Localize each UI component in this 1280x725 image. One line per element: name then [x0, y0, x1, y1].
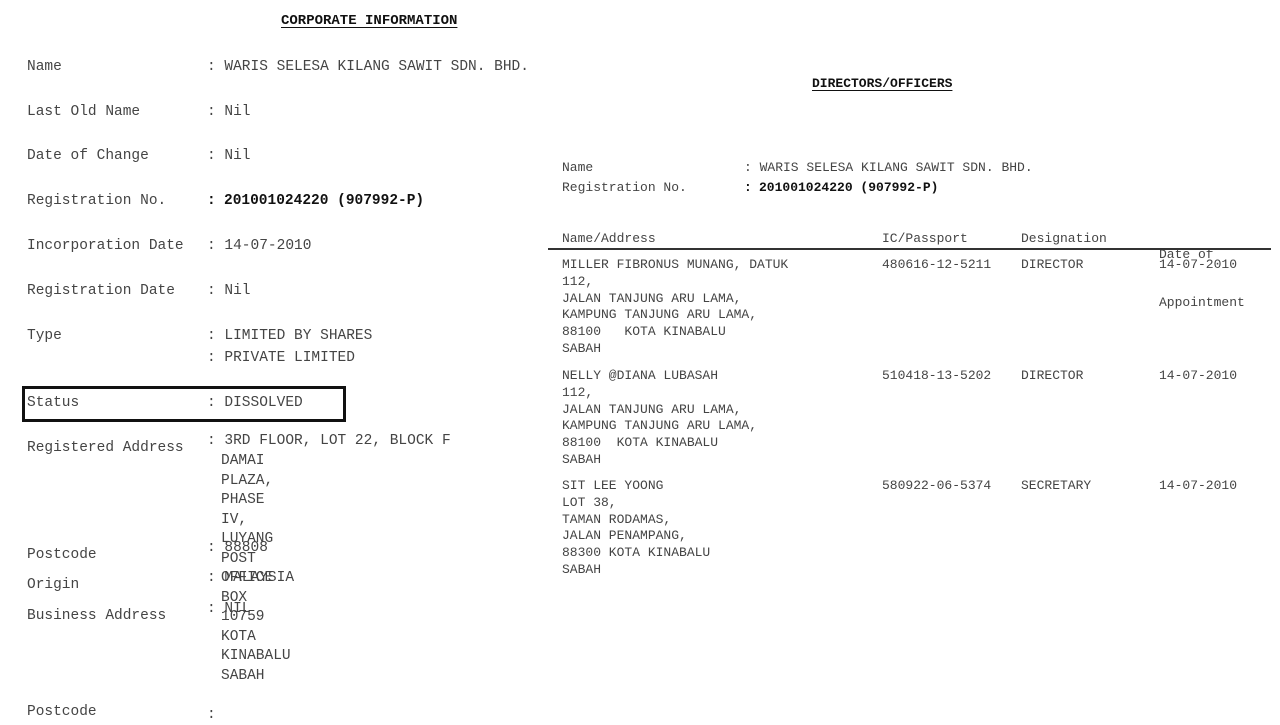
field-label: Name [562, 160, 593, 175]
field-value: : WARIS SELESA KILANG SAWIT SDN. BHD. [744, 160, 1033, 175]
field-label: Registration No. [27, 193, 166, 209]
cell-name-address: MILLER FIBRONUS MUNANG, DATUK 112, JALAN… [562, 257, 788, 358]
field-value: : WARIS SELESA KILANG SAWIT SDN. BHD. [207, 59, 529, 75]
field-label: Incorporation Date [27, 238, 184, 254]
column-header-ic-passport: IC/Passport [882, 231, 968, 247]
field-label: Date of Change [27, 148, 149, 164]
field-value: : PRIVATE LIMITED [207, 350, 355, 366]
field-label: Registration Date [27, 283, 175, 299]
cell-name-address: SIT LEE YOONG LOT 38, TAMAN RODAMAS, JAL… [562, 478, 710, 579]
cell-ic-passport: 510418-13-5202 [882, 368, 991, 385]
registration-number: 201001024220 (907992-P) [224, 193, 424, 209]
column-header-name-address: Name/Address [562, 231, 656, 247]
directors-officers-title: DIRECTORS/OFFICERS [812, 76, 952, 91]
status-value: : DISSOLVED [207, 395, 303, 411]
column-header-designation: Designation [1021, 231, 1107, 247]
field-value: : LIMITED BY SHARES [207, 328, 372, 344]
cell-designation: DIRECTOR [1021, 257, 1083, 274]
field-value: : MALAYSIA [207, 570, 294, 586]
address-line: SABAH [221, 667, 291, 687]
cell-designation: SECRETARY [1021, 478, 1091, 495]
cell-date-of-appointment: 14-07-2010 [1159, 257, 1237, 274]
table-header-rule [548, 248, 1271, 250]
cell-name-address: NELLY @DIANA LUBASAH 112, JALAN TANJUNG … [562, 368, 757, 469]
address-line: KOTA KINABALU [221, 628, 291, 667]
field-value: : Nil [207, 148, 251, 164]
field-label: Registered Address [27, 440, 184, 456]
cell-ic-passport: 480616-12-5211 [882, 257, 991, 274]
address-line: DAMAI PLAZA, PHASE IV, LUYANG [221, 452, 291, 550]
field-colon: : [207, 193, 216, 209]
header-line: Appointment [1159, 295, 1245, 311]
field-value: : Nil [207, 104, 251, 120]
registration-number: 201001024220 (907992-P) [759, 180, 938, 195]
field-value: : 3RD FLOOR, LOT 22, BLOCK F [207, 433, 451, 449]
field-colon: : [744, 180, 752, 195]
field-value: : NIL [207, 601, 251, 617]
field-label: Origin [27, 577, 79, 593]
field-label: Type [27, 328, 62, 344]
field-label: Postcode [27, 704, 97, 720]
field-label: Name [27, 59, 62, 75]
field-value: : 14-07-2010 [207, 238, 311, 254]
field-label: Status [27, 395, 79, 411]
cell-designation: DIRECTOR [1021, 368, 1083, 385]
cell-ic-passport: 580922-06-5374 [882, 478, 991, 495]
field-label: Postcode [27, 547, 97, 563]
field-value: : 88808 [207, 540, 268, 556]
field-label: Registration No. [562, 180, 687, 195]
field-label: Business Address [27, 608, 166, 624]
field-value: : Nil [207, 283, 251, 299]
cell-date-of-appointment: 14-07-2010 [1159, 478, 1237, 495]
cell-date-of-appointment: 14-07-2010 [1159, 368, 1237, 385]
registered-address-lines: DAMAI PLAZA, PHASE IV, LUYANG POST OFFIC… [221, 452, 291, 686]
field-label: Last Old Name [27, 104, 140, 120]
field-value: : [207, 707, 216, 723]
corporate-information-title: CORPORATE INFORMATION [281, 13, 457, 29]
